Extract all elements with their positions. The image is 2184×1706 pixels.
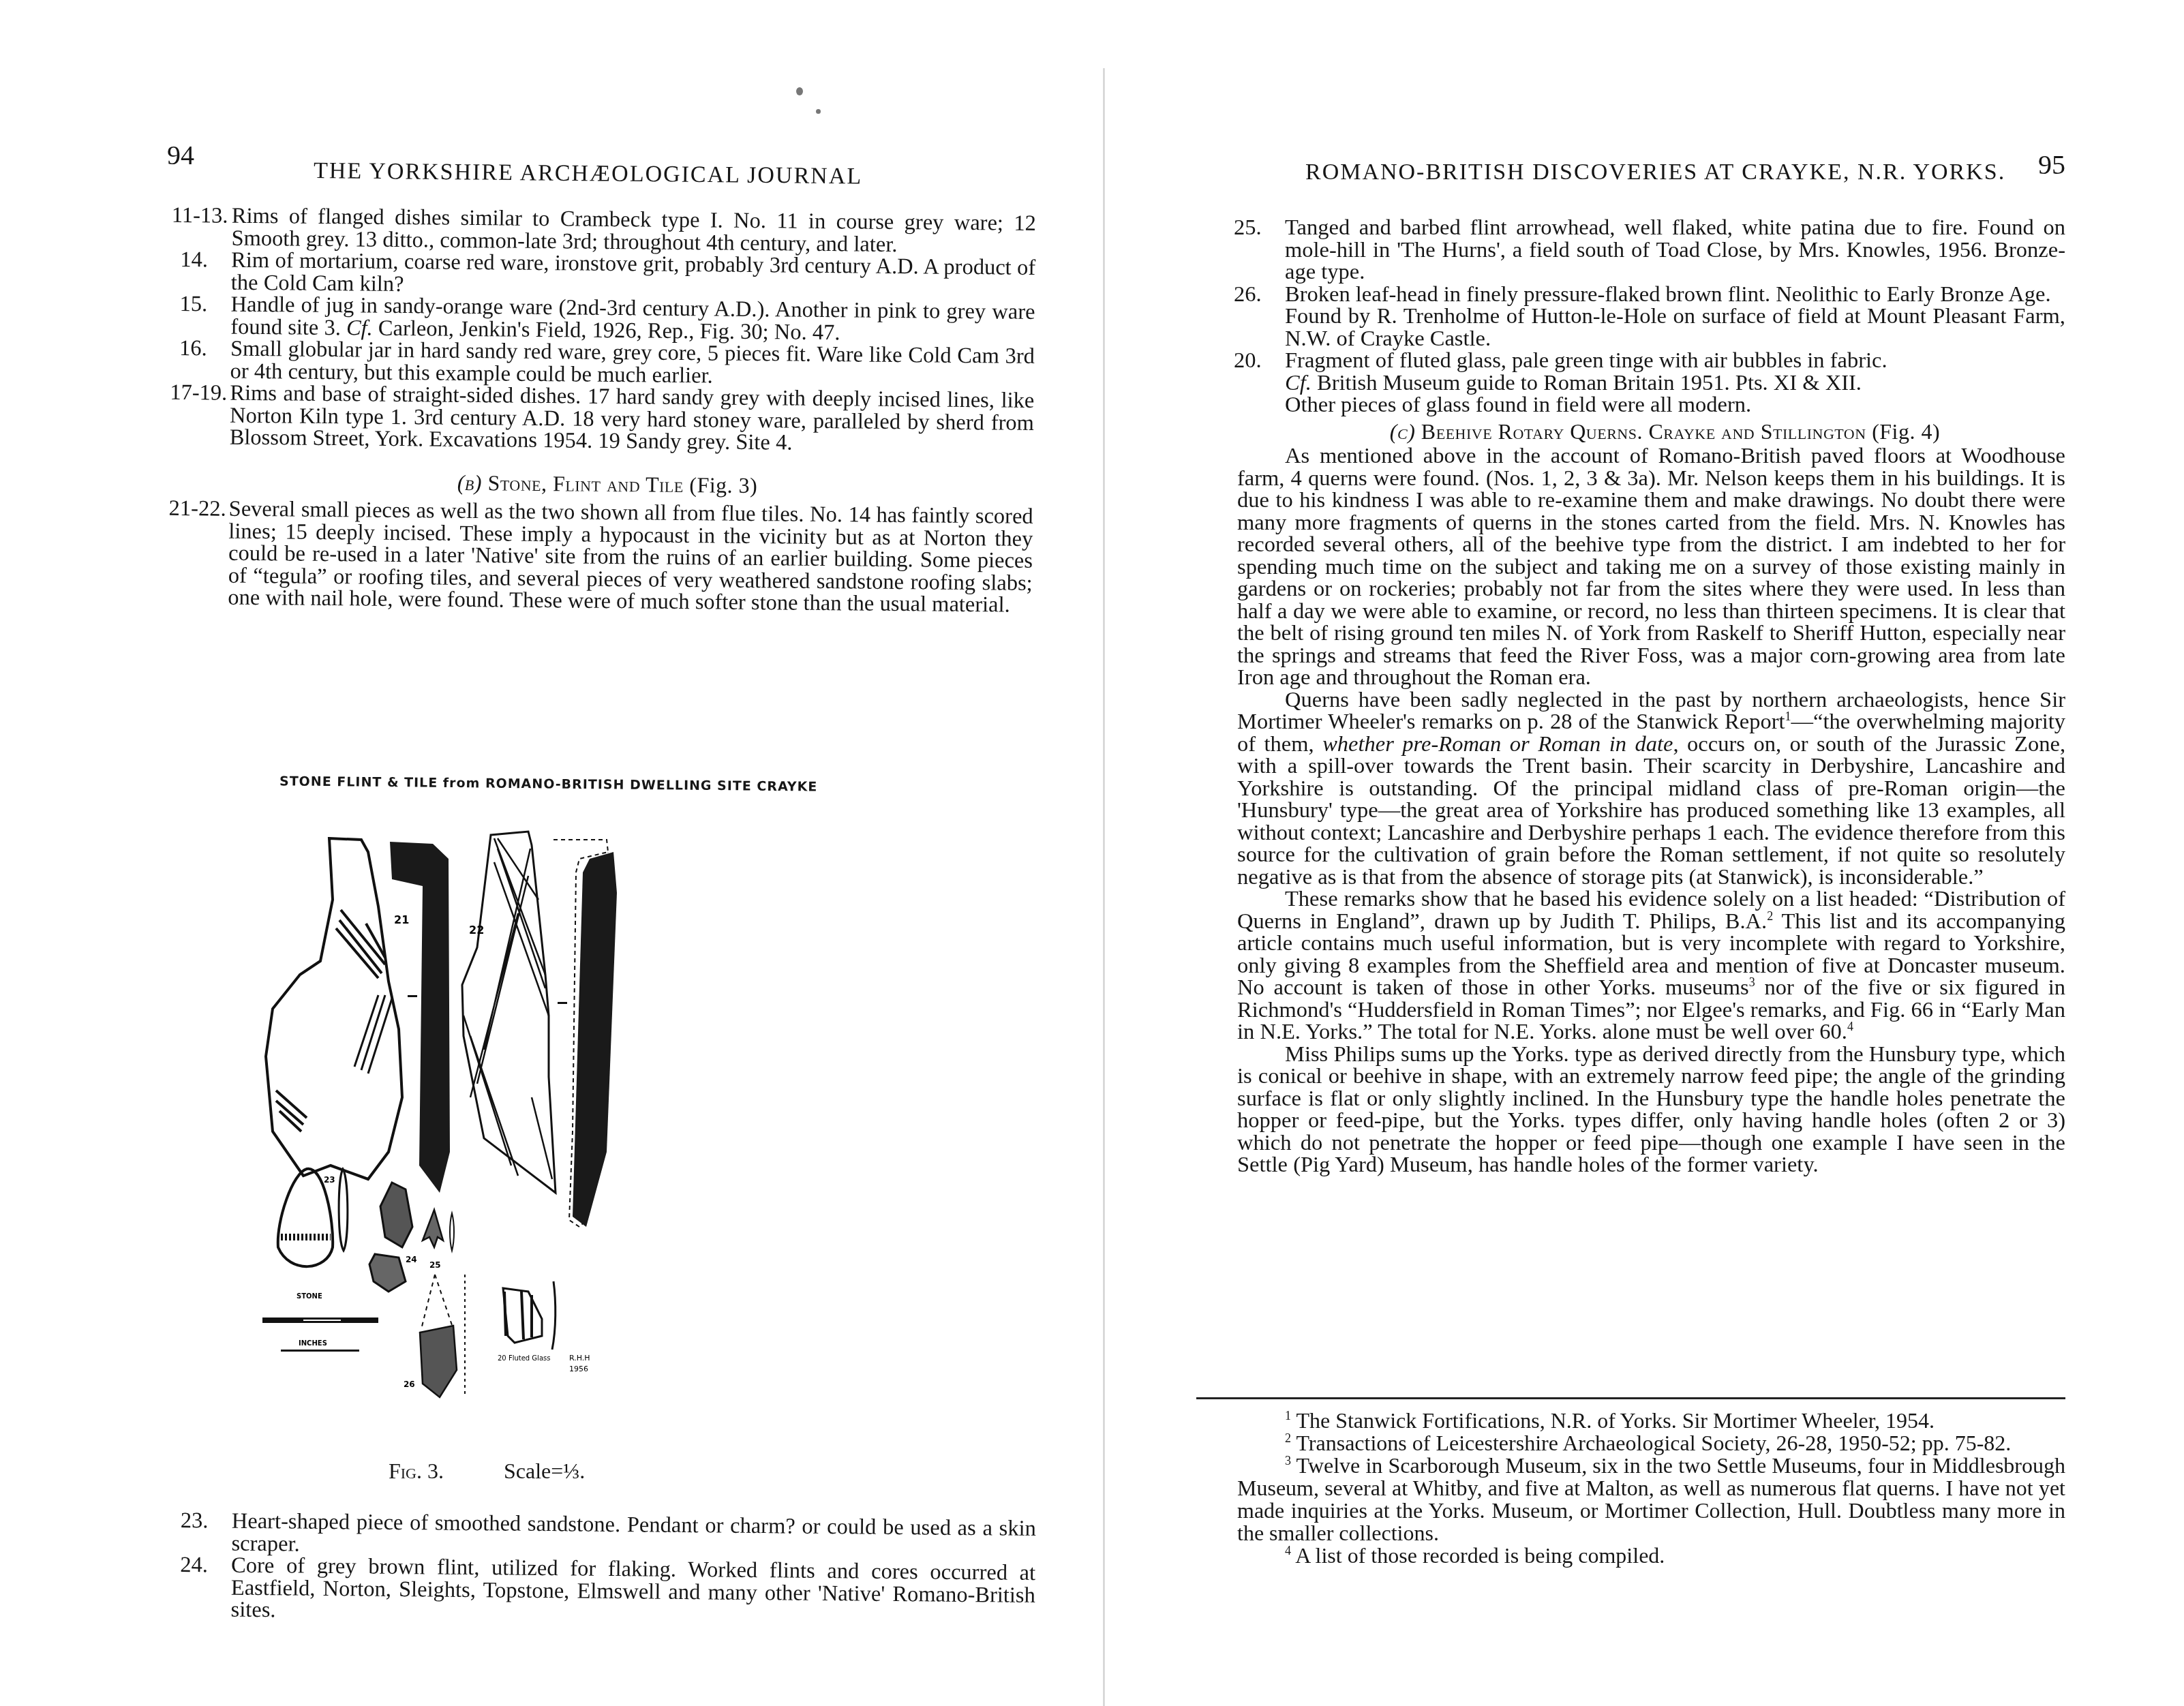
figure-scale: Scale=⅓.: [504, 1459, 585, 1483]
journal-title: THE YORKSHIRE ARCHÆOLOGICAL JOURNAL: [314, 158, 862, 189]
footnote-ref[interactable]: 1: [1785, 710, 1791, 723]
book-spine: [1103, 68, 1105, 1706]
footnote: 4 A list of those recorded is being comp…: [1237, 1544, 2065, 1567]
section-heading-b: (b) Stone, Flint and Tile (Fig. 3): [181, 468, 1033, 498]
figure-hand-title: STONE FLINT & TILE from ROMANO-BRITISH D…: [279, 774, 879, 795]
running-head-left: 94 THE YORKSHIRE ARCHÆOLOGICAL JOURNAL: [157, 143, 1036, 177]
page-number: 95: [2038, 149, 2065, 181]
running-head-right: ROMANO-BRITISH DISCOVERIES AT CRAYKE, N.…: [1237, 143, 2065, 177]
list-item: 24. Core of grey brown flint, utilized f…: [183, 1554, 1035, 1628]
item-text: Found by R. Trenholme of Hutton-le-Hole …: [1285, 305, 2065, 350]
flint-items: 25. Tanged and barbed flint arrowhead, w…: [1237, 217, 2065, 1176]
footnote-rule: [1196, 1397, 2065, 1399]
paragraph: Querns have been sadly neglected in the …: [1237, 689, 2065, 889]
fig-label-stone: STONE: [297, 1293, 322, 1300]
figure-label: Fig. 3.: [389, 1459, 444, 1483]
list-item: 25. Tanged and barbed flint arrowhead, w…: [1237, 217, 2065, 284]
item-number: 21-22.: [169, 498, 226, 520]
list-item: 26. Broken leaf-head in finely pressure-…: [1237, 284, 2065, 350]
fig-label-25: 25: [429, 1260, 441, 1270]
item-number: 26.: [1234, 284, 1262, 306]
item-text: Core of grey brown flint, utilized for f…: [230, 1555, 1035, 1629]
footnote-ref[interactable]: 4: [1847, 1020, 1853, 1033]
fig-label-23: 23: [324, 1175, 335, 1185]
paragraph: As mentioned above in the account of Rom…: [1237, 445, 2065, 689]
fig-label-22: 22: [469, 924, 484, 936]
fig-label-21: 21: [394, 913, 409, 926]
fig-label-26: 26: [404, 1380, 415, 1389]
footnote: 1 The Stanwick Fortifications, N.R. of Y…: [1237, 1410, 2065, 1432]
fig-label-glass: 20 Fluted Glass: [498, 1355, 550, 1362]
item-text: Fragment of fluted glass, pale green tin…: [1285, 350, 2065, 372]
ink-speck: [816, 109, 821, 114]
item-text: Several small pieces as well as the two …: [228, 498, 1033, 617]
fig-label-24: 24: [406, 1255, 417, 1264]
fig-label-year: 1956: [569, 1365, 588, 1373]
list-item: 17-19. Rims and base of straight-sided d…: [182, 382, 1035, 456]
figure-3-drawing: 21 22 23 STONE 24 25 26 INCHES: [259, 811, 873, 1425]
item-text: Broken leaf-head in finely pressure-flak…: [1285, 284, 2065, 306]
list-item: 20. Fragment of fluted glass, pale green…: [1237, 350, 2065, 416]
footnote-ref[interactable]: 3: [1749, 975, 1755, 989]
item-text: Rims and base of straight-sided dishes. …: [230, 382, 1035, 457]
item-number: 25.: [1234, 217, 1262, 239]
fig-label-inches: INCHES: [299, 1340, 327, 1347]
paragraph: These remarks show that he based his evi…: [1237, 888, 2065, 1044]
section-heading-c: (c) Beehive Rotary Querns. Crayke and St…: [1237, 421, 2065, 443]
stone-items: 23. Heart-shaped piece of smoothed sands…: [183, 1510, 1036, 1628]
footnote: 3 Twelve in Scarborough Museum, six in t…: [1237, 1454, 2065, 1544]
pottery-items: 11-13. Rims of flanged dishes similar to…: [180, 204, 1036, 616]
item-number: 14.: [180, 249, 208, 271]
paragraph: Miss Philips sums up the Yorks. type as …: [1237, 1044, 2065, 1176]
page-number: 94: [167, 139, 194, 171]
footnotes: 1 The Stanwick Fortifications, N.R. of Y…: [1237, 1410, 2065, 1567]
item-number: 11-13.: [172, 204, 228, 227]
item-text: Tanged and barbed flint arrowhead, well …: [1285, 217, 2065, 284]
item-number: 20.: [1234, 350, 1262, 372]
item-number: 16.: [179, 337, 207, 360]
ink-speck: [796, 87, 803, 95]
footnote-ref[interactable]: 2: [1767, 909, 1773, 923]
footnote: 2 Transactions of Leicestershire Archaeo…: [1237, 1432, 2065, 1454]
item-text: Cf. British Museum guide to Roman Britai…: [1285, 372, 2065, 395]
list-item: 21-22. Several small pieces as well as t…: [180, 498, 1033, 616]
item-number: 24.: [180, 1554, 208, 1576]
item-number: 17-19.: [170, 382, 227, 404]
fig-label-initials: R.H.H: [569, 1354, 590, 1362]
item-number: 15.: [179, 293, 207, 316]
item-text: Other pieces of glass found in field wer…: [1285, 394, 2065, 416]
figure-caption: Fig. 3. Scale=⅓.: [389, 1459, 866, 1484]
item-number: 23.: [181, 1510, 209, 1532]
article-title: ROMANO-BRITISH DISCOVERIES AT CRAYKE, N.…: [1305, 159, 2005, 185]
